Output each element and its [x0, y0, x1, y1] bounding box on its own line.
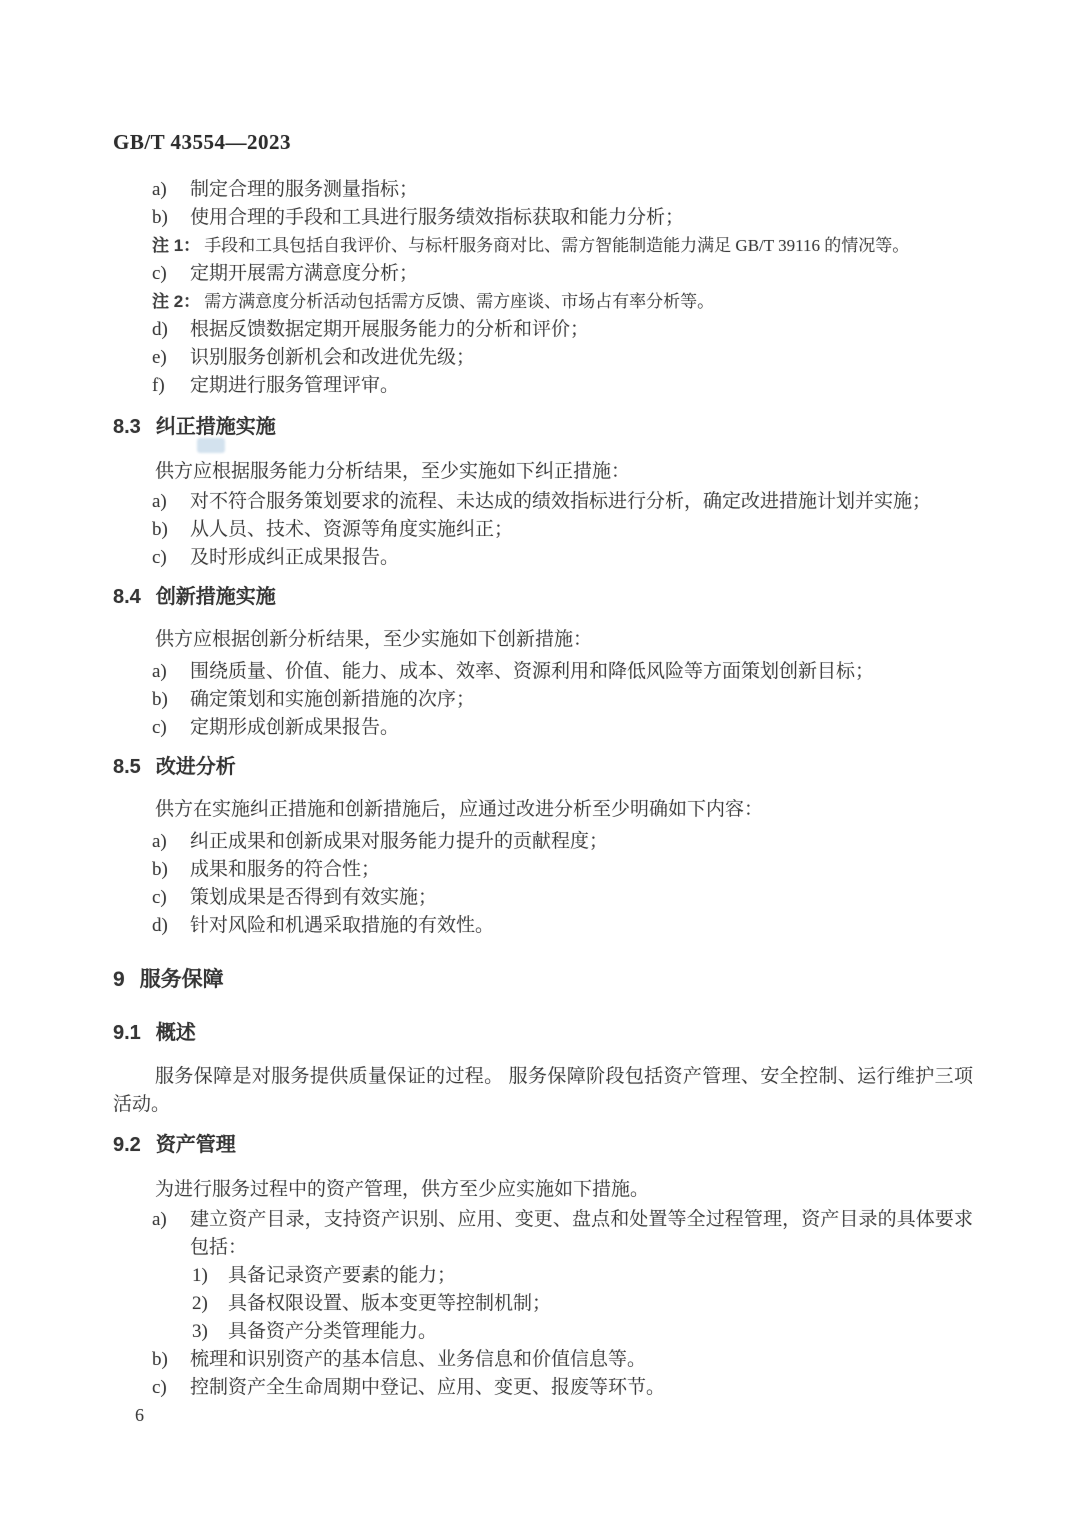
list-text: 定期形成创新成果报告。 — [190, 714, 973, 742]
list-text: 纠正成果和创新成果对服务能力提升的贡献程度； — [190, 828, 973, 856]
list-marker: c) — [152, 884, 190, 912]
list-text: 确定策划和实施创新措施的次序； — [190, 686, 973, 714]
note-2: 注 2：需方满意度分析活动包括需方反馈、需方座谈、市场占有率分析等。 — [113, 288, 973, 316]
list-item: b) 成果和服务的符合性； — [113, 856, 973, 884]
section-title: 资产管理 — [156, 1131, 236, 1159]
section-title: 概述 — [156, 1019, 196, 1047]
list-text: 针对风险和机遇采取措施的有效性。 — [190, 912, 973, 940]
list-marker: d) — [152, 316, 190, 344]
list-text: 梳理和识别资产的基本信息、业务信息和价值信息等。 — [190, 1346, 973, 1374]
section-title: 创新措施实施 — [156, 583, 276, 611]
chapter-title: 服务保障 — [140, 966, 224, 994]
list-text: 制定合理的服务测量指标； — [190, 176, 973, 204]
list-item: b) 使用合理的手段和工具进行服务绩效指标获取和能力分析； — [113, 204, 973, 232]
list-text: 定期进行服务管理评审。 — [190, 372, 973, 400]
sub-list-item: 1) 具备记录资产要素的能力； — [113, 1262, 973, 1290]
page-number: 6 — [135, 1402, 144, 1428]
paragraph: 为进行服务过程中的资产管理，供方至少应实施如下措施。 — [113, 1176, 973, 1204]
list-item: a) 对不符合服务策划要求的流程、未达成的绩效指标进行分析，确定改进措施计划并实… — [113, 488, 973, 516]
section-heading-8-3: 8.3 纠正措施实施 — [113, 413, 973, 441]
list-item: c) 定期开展需方满意度分析； — [113, 260, 973, 288]
list-text: 具备权限设置、版本变更等控制机制； — [228, 1290, 973, 1318]
sub-list-item: 3) 具备资产分类管理能力。 — [113, 1318, 973, 1346]
list-text: 根据反馈数据定期开展服务能力的分析和评价； — [190, 316, 973, 344]
note-text: 手段和工具包括自我评价、与标杆服务商对比、需方智能制造能力满足 GB/T 391… — [204, 236, 909, 255]
list-text: 从人员、技术、资源等角度实施纠正； — [190, 516, 973, 544]
section-number: 8.5 — [113, 753, 141, 781]
list-marker: a) — [152, 828, 190, 856]
note-label: 注 1： — [152, 236, 200, 255]
list-text: 控制资产全生命周期中登记、应用、变更、报废等环节。 — [190, 1374, 973, 1402]
list-item: c) 及时形成纠正成果报告。 — [113, 544, 973, 572]
list-marker: b) — [152, 686, 190, 714]
note-text: 需方满意度分析活动包括需方反馈、需方座谈、市场占有率分析等。 — [204, 292, 714, 311]
list-item: a) 制定合理的服务测量指标； — [113, 176, 973, 204]
standard-document-page: GB/T 43554—2023 a) 制定合理的服务测量指标； b) 使用合理的… — [0, 0, 1080, 1525]
section-number: 8.3 — [113, 413, 141, 441]
list-marker: c) — [152, 1374, 190, 1402]
list-item: a) 纠正成果和创新成果对服务能力提升的贡献程度； — [113, 828, 973, 856]
list-text: 定期开展需方满意度分析； — [190, 260, 973, 288]
list-marker: b) — [152, 204, 190, 232]
list-text: 及时形成纠正成果报告。 — [190, 544, 973, 572]
section-heading-9-1: 9.1 概述 — [113, 1019, 973, 1047]
list-text: 具备记录资产要素的能力； — [228, 1262, 973, 1290]
list-text: 策划成果是否得到有效实施； — [190, 884, 973, 912]
list-marker: 3) — [192, 1318, 228, 1346]
list-item: b) 确定策划和实施创新措施的次序； — [113, 686, 973, 714]
section-title: 纠正措施实施 — [156, 413, 276, 441]
list-item: c) 控制资产全生命周期中登记、应用、变更、报废等环节。 — [113, 1374, 973, 1402]
section-heading-8-4: 8.4 创新措施实施 — [113, 583, 973, 611]
list-text: 围绕质量、价值、能力、成本、效率、资源利用和降低风险等方面策划创新目标； — [190, 658, 973, 686]
list-marker: c) — [152, 544, 190, 572]
list-item: a) 建立资产目录，支持资产识别、应用、变更、盘点和处置等全过程管理，资产目录的… — [113, 1206, 973, 1262]
list-marker: d) — [152, 912, 190, 940]
list-marker: b) — [152, 1346, 190, 1374]
sub-list-item: 2) 具备权限设置、版本变更等控制机制； — [113, 1290, 973, 1318]
list-text: 使用合理的手段和工具进行服务绩效指标获取和能力分析； — [190, 204, 973, 232]
section-title: 改进分析 — [156, 753, 236, 781]
section-number: 9.2 — [113, 1131, 141, 1159]
paragraph: 供方应根据服务能力分析结果，至少实施如下纠正措施： — [113, 458, 973, 486]
list-item: c) 策划成果是否得到有效实施； — [113, 884, 973, 912]
list-marker: c) — [152, 260, 190, 288]
list-marker: c) — [152, 714, 190, 742]
list-marker: a) — [152, 1206, 190, 1262]
note-1: 注 1：手段和工具包括自我评价、与标杆服务商对比、需方智能制造能力满足 GB/T… — [113, 232, 973, 260]
page-content: GB/T 43554—2023 a) 制定合理的服务测量指标； b) 使用合理的… — [113, 128, 973, 1402]
chapter-heading-9: 9 服务保障 — [113, 966, 973, 994]
list-text: 具备资产分类管理能力。 — [228, 1318, 973, 1346]
list-item: d) 根据反馈数据定期开展服务能力的分析和评价； — [113, 316, 973, 344]
list-item: f) 定期进行服务管理评审。 — [113, 372, 973, 400]
list-marker: 2) — [192, 1290, 228, 1318]
list-text: 成果和服务的符合性； — [190, 856, 973, 884]
paragraph: 服务保障是对服务提供质量保证的过程。 服务保障阶段包括资产管理、安全控制、运行维… — [113, 1063, 973, 1119]
section-number: 9.1 — [113, 1019, 141, 1047]
list-item: b) 从人员、技术、资源等角度实施纠正； — [113, 516, 973, 544]
list-item: b) 梳理和识别资产的基本信息、业务信息和价值信息等。 — [113, 1346, 973, 1374]
list-item: d) 针对风险和机遇采取措施的有效性。 — [113, 912, 973, 940]
list-text: 识别服务创新机会和改进优先级； — [190, 344, 973, 372]
list-marker: a) — [152, 658, 190, 686]
list-item: a) 围绕质量、价值、能力、成本、效率、资源利用和降低风险等方面策划创新目标； — [113, 658, 973, 686]
paragraph: 供方应根据创新分析结果，至少实施如下创新措施： — [113, 626, 973, 654]
list-marker: a) — [152, 176, 190, 204]
standard-code-header: GB/T 43554—2023 — [113, 128, 973, 156]
list-marker: b) — [152, 856, 190, 884]
list-marker: b) — [152, 516, 190, 544]
section-number: 8.4 — [113, 583, 141, 611]
chapter-number: 9 — [113, 966, 125, 994]
list-marker: a) — [152, 488, 190, 516]
list-marker: f) — [152, 372, 190, 400]
list-marker: e) — [152, 344, 190, 372]
list-marker: 1) — [192, 1262, 228, 1290]
section-heading-9-2: 9.2 资产管理 — [113, 1131, 973, 1159]
section-heading-8-5: 8.5 改进分析 — [113, 753, 973, 781]
note-label: 注 2： — [152, 292, 200, 311]
list-text: 建立资产目录，支持资产识别、应用、变更、盘点和处置等全过程管理，资产目录的具体要… — [190, 1206, 973, 1262]
list-item: c) 定期形成创新成果报告。 — [113, 714, 973, 742]
paragraph: 供方在实施纠正措施和创新措施后，应通过改进分析至少明确如下内容： — [113, 796, 973, 824]
list-item: e) 识别服务创新机会和改进优先级； — [113, 344, 973, 372]
list-text: 对不符合服务策划要求的流程、未达成的绩效指标进行分析，确定改进措施计划并实施； — [190, 488, 973, 516]
